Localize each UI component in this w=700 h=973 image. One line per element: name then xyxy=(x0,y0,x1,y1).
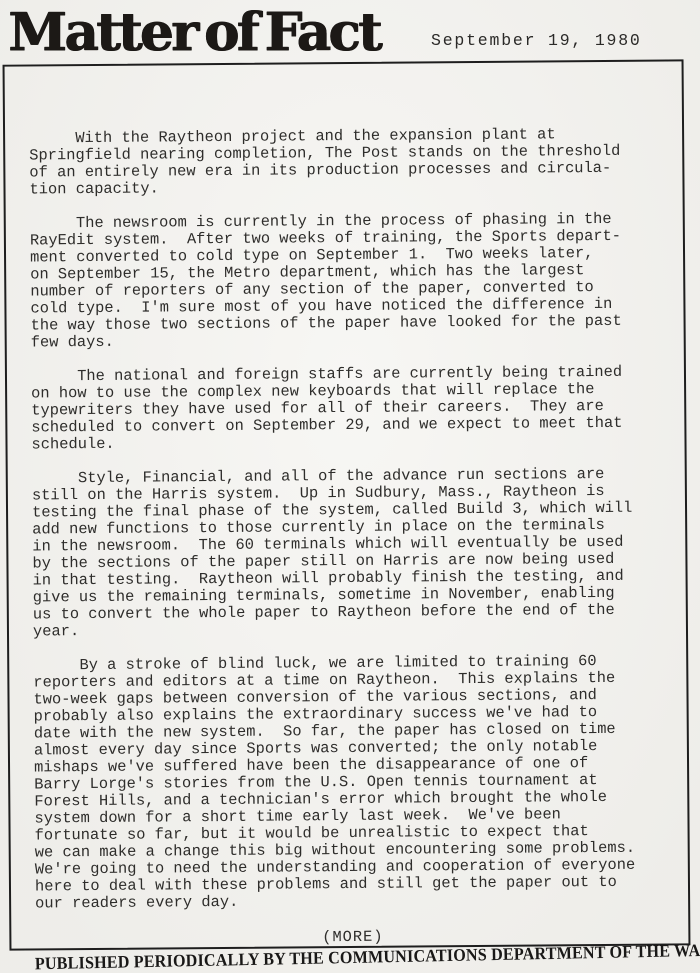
newsletter-page: Matter of Fact September 19, 1980 With t… xyxy=(0,0,700,973)
body-text: With the Raytheon project and the expans… xyxy=(29,125,670,948)
newsletter-title: Matter of Fact xyxy=(8,2,380,63)
body-paragraph: The newsroom is currently in the process… xyxy=(30,210,666,351)
body-paragraph: With the Raytheon project and the expans… xyxy=(29,125,665,198)
body-paragraph: The national and foreign staffs are curr… xyxy=(31,363,667,453)
issue-date: September 19, 1980 xyxy=(431,31,642,50)
body-paragraph: Style, Financial, and all of the advance… xyxy=(32,465,668,640)
content-border-box: With the Raytheon project and the expans… xyxy=(3,59,691,950)
body-paragraph: By a stroke of blind luck, we are limite… xyxy=(33,652,670,912)
